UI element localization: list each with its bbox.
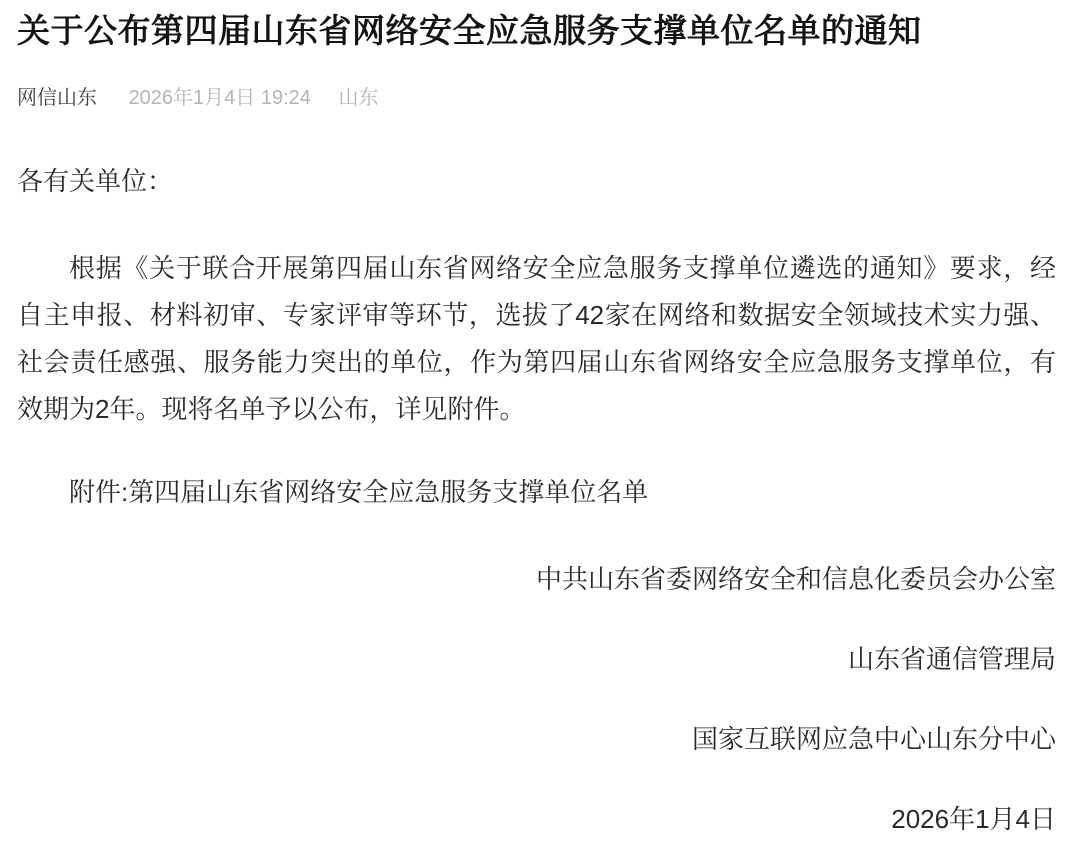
article-page: 关于公布第四届山东省网络安全应急服务支撑单位名单的通知 网信山东 2026年1月…: [0, 0, 1080, 863]
signature-org-1: 中共山东省委网络安全和信息化委员会办公室: [17, 556, 1056, 603]
signature-block: 中共山东省委网络安全和信息化委员会办公室 山东省通信管理局 国家互联网应急中心山…: [17, 556, 1056, 843]
signature-org-3: 国家互联网应急中心山东分中心: [17, 716, 1056, 763]
article-meta: 网信山东 2026年1月4日 19:24 山东: [17, 86, 1056, 110]
publish-timestamp: 2026年1月4日 19:24: [129, 87, 311, 109]
attachment-reference-line: 附件:第四届山东省网络安全应急服务支撑单位名单: [17, 469, 1056, 516]
notice-body-paragraph: 根据《关于联合开展第四届山东省网络安全应急服务支撑单位遴选的通知》要求，经自主申…: [17, 245, 1056, 433]
publish-location: 山东: [338, 87, 378, 109]
signature-date: 2026年1月4日: [17, 796, 1056, 843]
salutation-line: 各有关单位：: [17, 158, 1056, 205]
signature-org-2: 山东省通信管理局: [17, 636, 1056, 683]
article-title: 关于公布第四届山东省网络安全应急服务支撑单位名单的通知: [17, 8, 1056, 54]
account-name-link[interactable]: 网信山东: [17, 87, 97, 109]
